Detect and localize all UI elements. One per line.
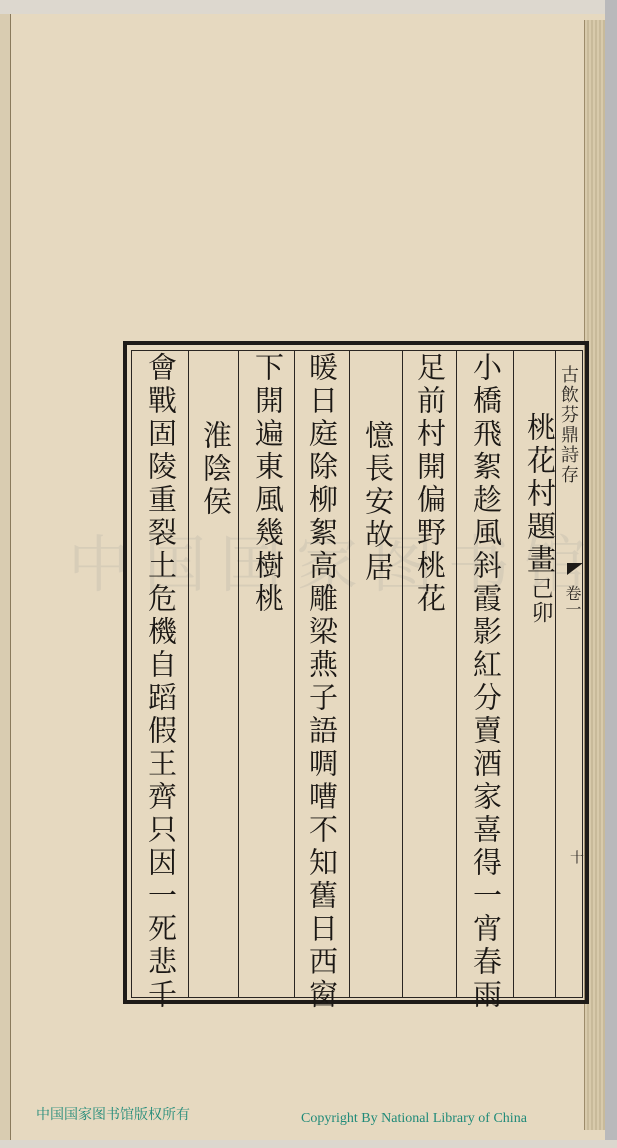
copyright-english: Copyright By National Library of China — [301, 1111, 527, 1127]
title-text: 桃花村題畫 — [523, 412, 557, 577]
column-divider — [456, 350, 457, 998]
copyright-chinese: 中国国家图书馆版权所有 — [36, 1104, 190, 1124]
poem-line: 會戰固陵重裂土危機自蹈假王齊只因一死悲千 — [143, 352, 179, 1012]
scan-background-right — [605, 0, 617, 1148]
column-divider — [294, 350, 295, 998]
scan-top-margin — [0, 0, 617, 14]
poem-title-yichangan: 憶長安故居 — [360, 420, 396, 585]
poem-line: 足前村開偏野桃花 — [412, 352, 448, 616]
fish-tail-mark-icon — [567, 563, 583, 575]
column-divider — [513, 350, 514, 998]
poem-title-huaiyinhou: 淮陰侯 — [198, 420, 234, 519]
poem-line: 暖日庭除柳絮高雕梁燕子語啁嘈不知舊日西窗 — [304, 352, 340, 1012]
poem-title-taohuacun: 桃花村題畫己卯 — [522, 412, 558, 625]
scan-bottom-margin — [0, 1140, 617, 1148]
date-note: 己卯 — [528, 577, 553, 625]
banxin-title: 古飲芬鼎詩存 — [561, 365, 581, 485]
left-page-fold — [0, 14, 11, 1140]
poem-line: 小橋飛絮趁風斜霞影紅分賣酒家喜得一宵春雨 — [468, 352, 504, 1012]
banxin-volume: 卷一 — [564, 585, 584, 617]
column-divider — [188, 350, 189, 998]
banxin-page-number: 十 — [566, 850, 586, 864]
column-divider — [349, 350, 350, 998]
column-divider — [238, 350, 239, 998]
poem-line: 下開遍東風幾樹桃 — [250, 352, 286, 616]
column-divider — [402, 350, 403, 998]
